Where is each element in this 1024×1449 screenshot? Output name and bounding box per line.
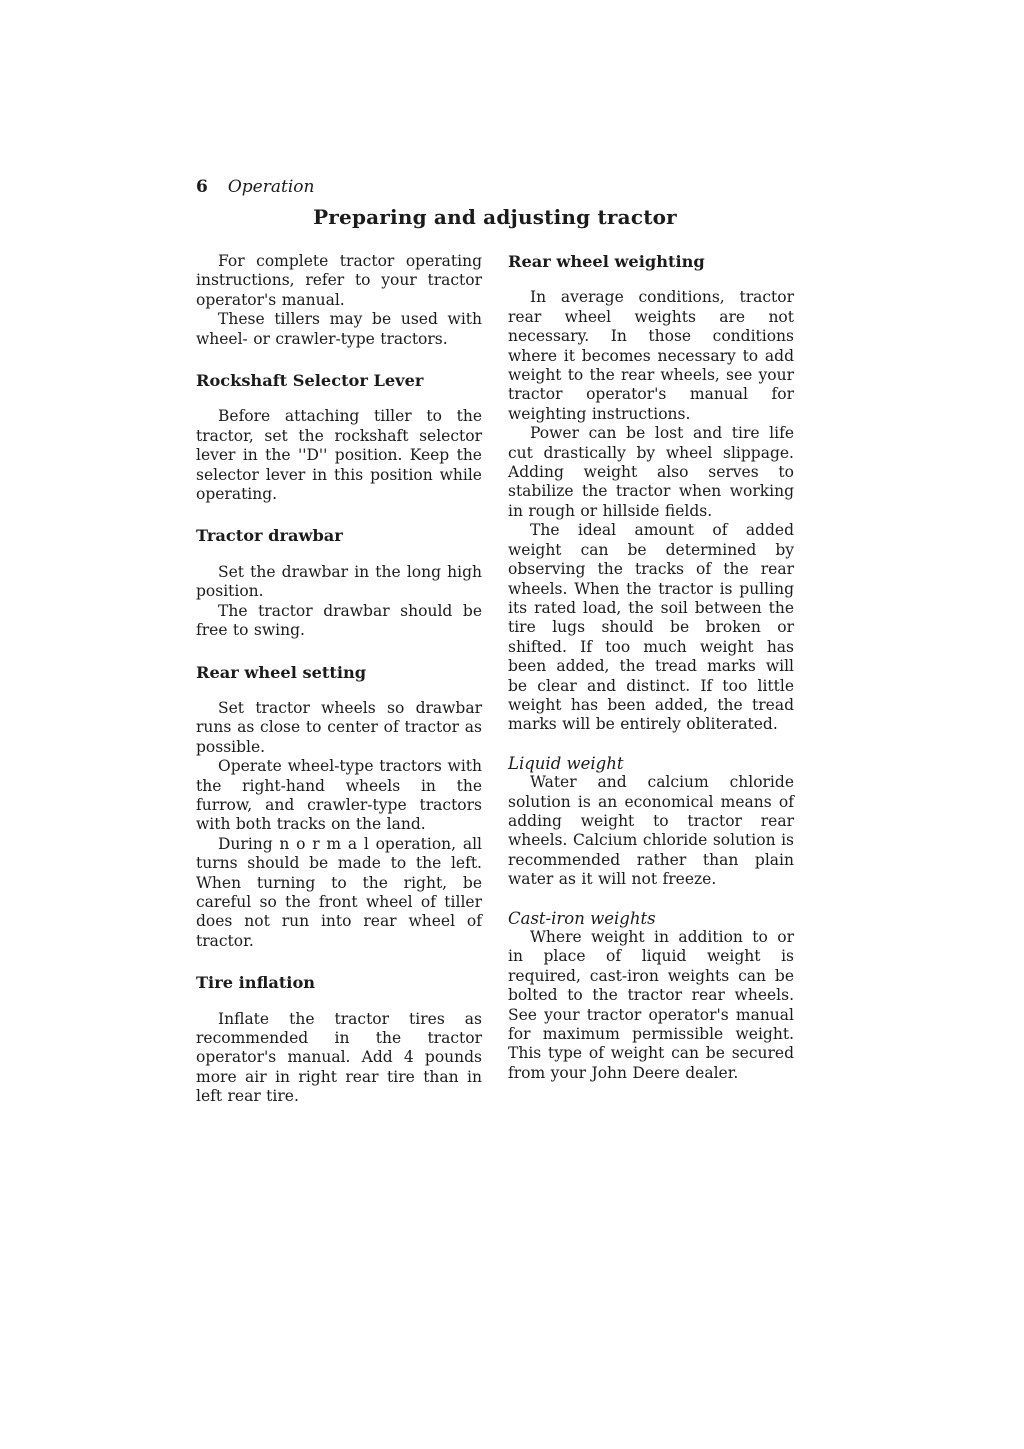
heading-rockshaft-selector-lever: Rockshaft Selector Lever bbox=[196, 371, 482, 390]
heading-rear-wheel-setting: Rear wheel setting bbox=[196, 663, 482, 682]
heading-tire-inflation: Tire inflation bbox=[196, 973, 482, 992]
paragraph: For complete tractor operating instructi… bbox=[196, 252, 482, 310]
paragraph: Water and calcium chloride solution is a… bbox=[508, 773, 794, 889]
paragraph: Inflate the tractor tires as recommended… bbox=[196, 1010, 482, 1107]
two-column-layout: For complete tractor operating instructi… bbox=[196, 252, 794, 1107]
paragraph: These tillers may be used with wheel- or… bbox=[196, 310, 482, 349]
heading-tractor-drawbar: Tractor drawbar bbox=[196, 526, 482, 545]
manual-page: 6 Operation Preparing and adjusting trac… bbox=[196, 176, 794, 1107]
paragraph: Where weight in addition to or in place … bbox=[508, 928, 794, 1083]
heading-liquid-weight: Liquid weight bbox=[508, 754, 794, 773]
paragraph: During n o r m a l operation, all turns … bbox=[196, 835, 482, 951]
paragraph: The ideal amount of added weight can be … bbox=[508, 521, 794, 734]
paragraph: Set the drawbar in the long high positio… bbox=[196, 563, 482, 602]
right-column: Rear wheel weighting In average conditio… bbox=[508, 252, 794, 1107]
paragraph: The tractor drawbar should be free to sw… bbox=[196, 602, 482, 641]
paragraph: Power can be lost and tire life cut dras… bbox=[508, 424, 794, 521]
heading-rear-wheel-weighting: Rear wheel weighting bbox=[508, 252, 794, 271]
page-header: 6 Operation bbox=[196, 176, 794, 198]
paragraph: Set tractor wheels so drawbar runs as cl… bbox=[196, 699, 482, 757]
page-number: 6 bbox=[196, 176, 208, 198]
page-title: Preparing and adjusting tractor bbox=[196, 205, 794, 229]
paragraph: Before attaching tiller to the tractor, … bbox=[196, 407, 482, 504]
left-column: For complete tractor operating instructi… bbox=[196, 252, 482, 1107]
paragraph: In average conditions, tractor rear whee… bbox=[508, 288, 794, 424]
chapter-label: Operation bbox=[228, 176, 315, 198]
heading-cast-iron-weights: Cast-iron weights bbox=[508, 909, 794, 928]
paragraph: Operate wheel-type tractors with the rig… bbox=[196, 757, 482, 835]
